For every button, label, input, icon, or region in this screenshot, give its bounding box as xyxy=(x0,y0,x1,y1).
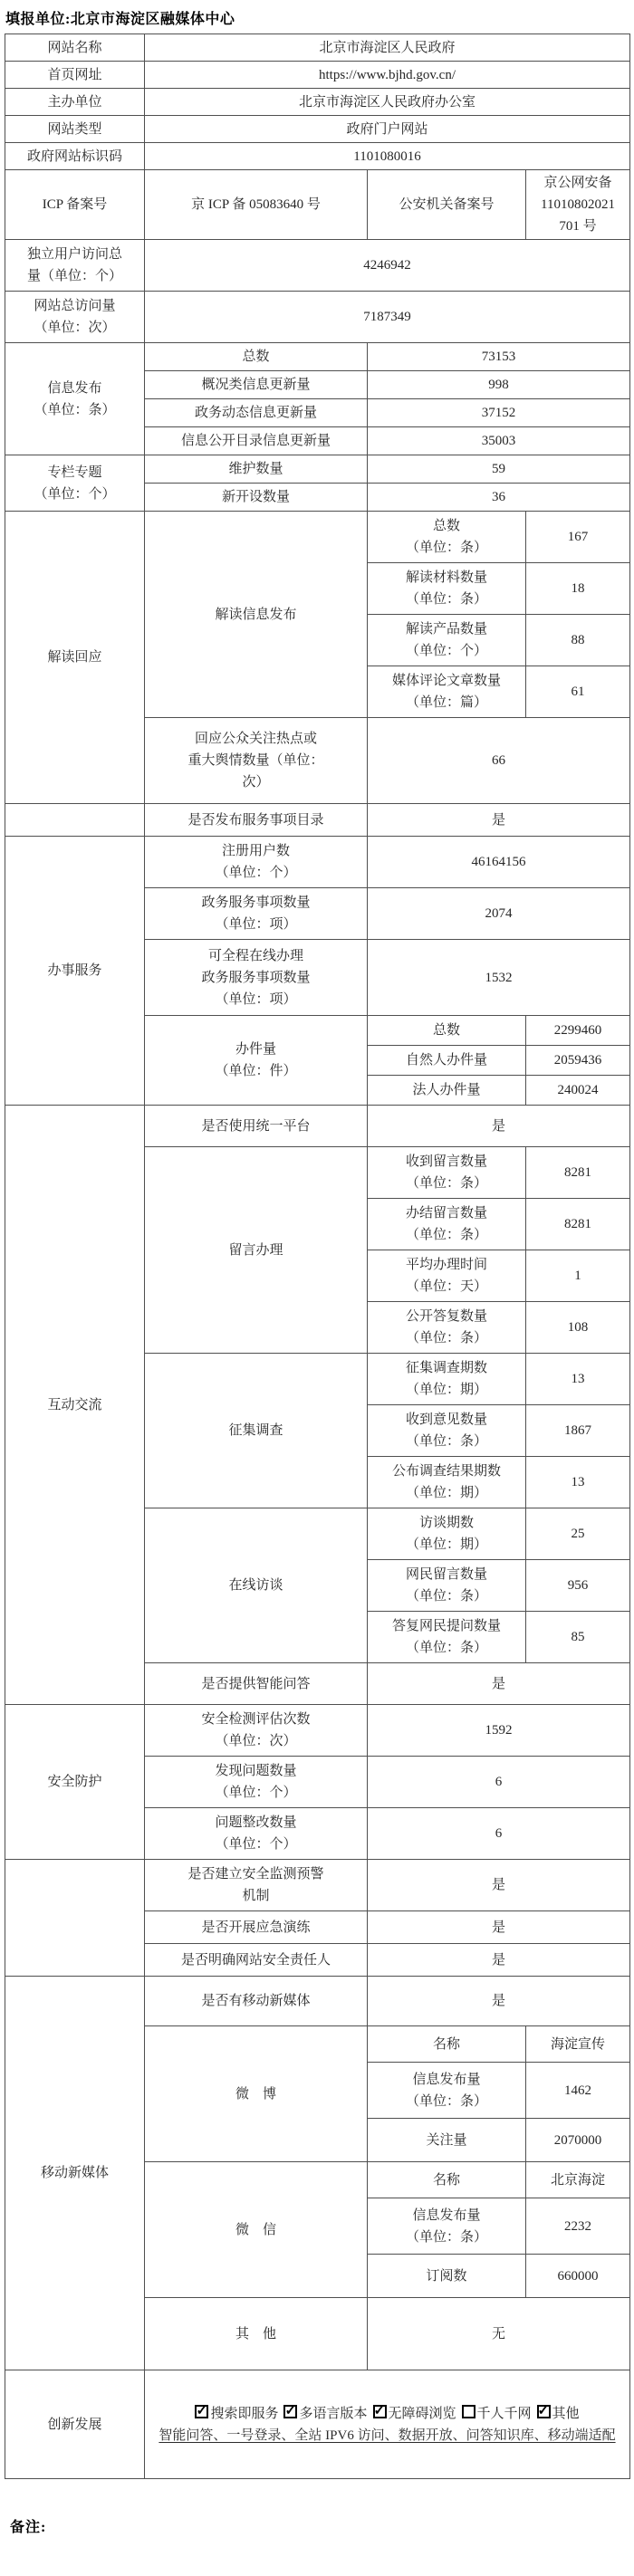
table-row: 首页网址https://www.bjhd.gov.cn/ xyxy=(5,62,630,89)
remarks-label: 备注: xyxy=(10,2515,634,2536)
metric-value: 18 xyxy=(526,563,630,615)
metric-value: 政府门户网站 xyxy=(145,116,630,143)
metric-value: 13 xyxy=(526,1457,630,1508)
checkbox-unchecked-icon xyxy=(462,2405,475,2418)
metric-label: 平均办理时间 （单位：天） xyxy=(368,1250,526,1302)
metric-value: 8281 xyxy=(526,1147,630,1199)
metric-value: 956 xyxy=(526,1560,630,1612)
metric-label: 网民留言数量 （单位：条） xyxy=(368,1560,526,1612)
group-label: 办件量 （单位：件） xyxy=(145,1016,368,1106)
metric-label: 解读材料数量 （单位：条） xyxy=(368,563,526,615)
metric-value: 北京市海淀区人民政府 xyxy=(145,34,630,62)
table-row: 互动交流是否使用统一平台是 xyxy=(5,1106,630,1147)
metric-value: 4246942 xyxy=(145,240,630,292)
report-table: 网站名称北京市海淀区人民政府首页网址https://www.bjhd.gov.c… xyxy=(5,34,630,2479)
metric-value: 85 xyxy=(526,1612,630,1663)
table-row: 创新发展搜索即服务多语言版本无障碍浏览千人千网其他智能问答、一号登录、全站 IP… xyxy=(5,2370,630,2479)
table-row: 专栏专题 （单位：个）维护数量59 xyxy=(5,455,630,484)
section-label: 安全防护 xyxy=(5,1705,145,1860)
metric-value: 北京市海淀区人民政府办公室 xyxy=(145,89,630,116)
section-label: 信息发布 （单位：条） xyxy=(5,343,145,455)
metric-value: 是 xyxy=(368,1106,630,1147)
metric-label: 总数 （单位：条） xyxy=(368,512,526,563)
table-row: 办事服务注册用户数 （单位：个）46164156 xyxy=(5,837,630,888)
metric-value: 8281 xyxy=(526,1199,630,1250)
metric-value: 35003 xyxy=(368,427,630,455)
section-label: 解读回应 xyxy=(5,512,145,804)
metric-label: 总数 xyxy=(368,1016,526,1046)
metric-value: 无 xyxy=(368,2298,630,2370)
table-row: 移动新媒体是否有移动新媒体是 xyxy=(5,1977,630,2026)
section-label: 专栏专题 （单位：个） xyxy=(5,455,145,512)
metric-value: 998 xyxy=(368,371,630,399)
innovation-other-detail: 智能问答、一号登录、全站 IPV6 访问、数据开放、问答知识库、移动端适配 xyxy=(149,2425,626,2447)
metric-value: 61 xyxy=(526,666,630,718)
metric-value: 240024 xyxy=(526,1076,630,1106)
metric-value: 1101080016 xyxy=(145,143,630,170)
metric-label: 回应公众关注热点或 重大舆情数量（单位： 次） xyxy=(145,718,368,804)
metric-label: 订阅数 xyxy=(368,2255,526,2298)
section-label: 互动交流 xyxy=(5,1106,145,1705)
checkbox-label: 千人千网 xyxy=(477,2407,532,2421)
table-row: ICP 备案号京 ICP 备 05083640 号公安机关备案号京公网安备 11… xyxy=(5,170,630,240)
metric-label: 独立用户访问总 量（单位：个） xyxy=(5,240,145,292)
metric-label: 访谈期数 （单位：期） xyxy=(368,1508,526,1560)
metric-value: 2070000 xyxy=(526,2119,630,2162)
metric-label: 信息发布量 （单位：条） xyxy=(368,2063,526,2119)
metric-label: 名称 xyxy=(368,2026,526,2063)
metric-value: 13 xyxy=(526,1354,630,1405)
metric-value: 6 xyxy=(368,1757,630,1808)
table-row: 网站类型政府门户网站 xyxy=(5,116,630,143)
checkbox-label: 多语言版本 xyxy=(299,2407,367,2421)
metric-label: 安全检测评估次数 （单位：次） xyxy=(145,1705,368,1757)
report-page: 填报单位:北京市海淀区融媒体中心 网站名称北京市海淀区人民政府首页网址https… xyxy=(0,0,634,2536)
metric-value: 25 xyxy=(526,1508,630,1560)
table-row: 独立用户访问总 量（单位：个）4246942 xyxy=(5,240,630,292)
metric-value: 是 xyxy=(368,1911,630,1944)
metric-label: 媒体评论文章数量 （单位：篇） xyxy=(368,666,526,718)
metric-value: 6 xyxy=(368,1808,630,1860)
metric-label: 解读产品数量 （单位：个） xyxy=(368,615,526,666)
checkbox-checked-icon xyxy=(537,2405,551,2418)
metric-label: 信息公开目录信息更新量 xyxy=(145,427,368,455)
metric-label: 政务动态信息更新量 xyxy=(145,399,368,427)
metric-value: 167 xyxy=(526,512,630,563)
metric-value: 是 xyxy=(368,804,630,837)
metric-label: 维护数量 xyxy=(145,455,368,484)
metric-value: 37152 xyxy=(368,399,630,427)
metric-label: 政府网站标识码 xyxy=(5,143,145,170)
metric-label: 是否明确网站安全责任人 xyxy=(145,1944,368,1977)
metric-label: 网站名称 xyxy=(5,34,145,62)
group-label: 在线访谈 xyxy=(145,1508,368,1663)
metric-label: 法人办件量 xyxy=(368,1076,526,1106)
table-row: 是否建立安全监测预警 机制是 xyxy=(5,1860,630,1911)
metric-value: 2232 xyxy=(526,2198,630,2255)
metric-label: 公布调查结果期数 （单位：期） xyxy=(368,1457,526,1508)
table-row: 主办单位北京市海淀区人民政府办公室 xyxy=(5,89,630,116)
metric-value: 北京海淀 xyxy=(526,2162,630,2198)
metric-value: 是 xyxy=(368,1663,630,1705)
metric-value: 7187349 xyxy=(145,292,630,343)
metric-value: 2299460 xyxy=(526,1016,630,1046)
checkbox-label: 其他 xyxy=(552,2407,580,2421)
metric-value: 1867 xyxy=(526,1405,630,1457)
metric-label: 政务服务事项数量 （单位：项） xyxy=(145,888,368,940)
metric-label: 首页网址 xyxy=(5,62,145,89)
checkbox-checked-icon xyxy=(373,2405,387,2418)
metric-label: 是否建立安全监测预警 机制 xyxy=(145,1860,368,1911)
metric-label: 可全程在线办理 政务服务事项数量 （单位：项） xyxy=(145,940,368,1016)
metric-value: 是 xyxy=(368,1860,630,1911)
metric-label: 是否提供智能问答 xyxy=(145,1663,368,1705)
group-label: 其 他 xyxy=(145,2298,368,2370)
table-row: 解读回应解读信息发布总数 （单位：条）167 xyxy=(5,512,630,563)
metric-value: 46164156 xyxy=(368,837,630,888)
metric-value: 1532 xyxy=(368,940,630,1016)
checkbox-checked-icon xyxy=(283,2405,297,2418)
table-row: 网站总访问量 （单位：次）7187349 xyxy=(5,292,630,343)
empty-category-cell xyxy=(5,1860,145,1977)
metric-label: 是否有移动新媒体 xyxy=(145,1977,368,2026)
metric-label: 收到意见数量 （单位：条） xyxy=(368,1405,526,1457)
metric-value: 1462 xyxy=(526,2063,630,2119)
checkbox-label: 搜索即服务 xyxy=(210,2407,278,2421)
metric-value: 59 xyxy=(368,455,630,484)
metric-label: 主办单位 xyxy=(5,89,145,116)
metric-label: 名称 xyxy=(368,2162,526,2198)
empty-category-cell xyxy=(5,804,145,837)
metric-value: 1 xyxy=(526,1250,630,1302)
table-row: 网站名称北京市海淀区人民政府 xyxy=(5,34,630,62)
report-title: 填报单位:北京市海淀区融媒体中心 xyxy=(5,7,634,28)
group-label: 微 信 xyxy=(145,2162,368,2298)
metric-value: 是 xyxy=(368,1977,630,2026)
group-label: 微 博 xyxy=(145,2026,368,2162)
metric-value: 660000 xyxy=(526,2255,630,2298)
metric-value: 海淀宣传 xyxy=(526,2026,630,2063)
metric-value: 2074 xyxy=(368,888,630,940)
metric-label: 公开答复数量 （单位：条） xyxy=(368,1302,526,1354)
metric-label: 注册用户数 （单位：个） xyxy=(145,837,368,888)
checkbox-checked-icon xyxy=(195,2405,208,2418)
metric-label: 网站类型 xyxy=(5,116,145,143)
metric-label: 问题整改数量 （单位：个） xyxy=(145,1808,368,1860)
metric-label: 关注量 xyxy=(368,2119,526,2162)
metric-value: 是 xyxy=(368,1944,630,1977)
metric-label: 办结留言数量 （单位：条） xyxy=(368,1199,526,1250)
section-label: 办事服务 xyxy=(5,837,145,1106)
metric-label: 是否开展应急演练 xyxy=(145,1911,368,1944)
group-label: 解读信息发布 xyxy=(145,512,368,718)
metric-value: 2059436 xyxy=(526,1046,630,1076)
metric-value: 36 xyxy=(368,484,630,512)
table-row: 信息发布 （单位：条）总数73153 xyxy=(5,343,630,371)
metric-label: 答复网民提问数量 （单位：条） xyxy=(368,1612,526,1663)
group-label: 留言办理 xyxy=(145,1147,368,1354)
table-row: 政府网站标识码1101080016 xyxy=(5,143,630,170)
metric-label: 总数 xyxy=(145,343,368,371)
section-label: 移动新媒体 xyxy=(5,1977,145,2370)
metric-label: 自然人办件量 xyxy=(368,1046,526,1076)
metric-label: 信息发布量 （单位：条） xyxy=(368,2198,526,2255)
metric-value: 1592 xyxy=(368,1705,630,1757)
metric-label: 发现问题数量 （单位：个） xyxy=(145,1757,368,1808)
checkbox-label: 无障碍浏览 xyxy=(389,2407,456,2421)
metric-label: 新开设数量 xyxy=(145,484,368,512)
section-label: 创新发展 xyxy=(5,2370,145,2479)
metric-label: 是否使用统一平台 xyxy=(145,1106,368,1147)
metric-label: 征集调查期数 （单位：期） xyxy=(368,1354,526,1405)
metric-value: 京 ICP 备 05083640 号 xyxy=(145,170,368,240)
metric-label: ICP 备案号 xyxy=(5,170,145,240)
table-row: 安全防护安全检测评估次数 （单位：次）1592 xyxy=(5,1705,630,1757)
metric-value: 京公网安备 11010802021 701 号 xyxy=(526,170,630,240)
metric-label: 是否发布服务事项目录 xyxy=(145,804,368,837)
metric-value: 73153 xyxy=(368,343,630,371)
innovation-cell: 搜索即服务多语言版本无障碍浏览千人千网其他智能问答、一号登录、全站 IPV6 访… xyxy=(145,2370,630,2479)
group-label: 征集调查 xyxy=(145,1354,368,1508)
table-row: 是否发布服务事项目录是 xyxy=(5,804,630,837)
metric-label: 收到留言数量 （单位：条） xyxy=(368,1147,526,1199)
metric-value: 108 xyxy=(526,1302,630,1354)
metric-label: 概况类信息更新量 xyxy=(145,371,368,399)
metric-label: 公安机关备案号 xyxy=(368,170,526,240)
metric-label: 网站总访问量 （单位：次） xyxy=(5,292,145,343)
metric-value: https://www.bjhd.gov.cn/ xyxy=(145,62,630,89)
metric-value: 66 xyxy=(368,718,630,804)
metric-value: 88 xyxy=(526,615,630,666)
